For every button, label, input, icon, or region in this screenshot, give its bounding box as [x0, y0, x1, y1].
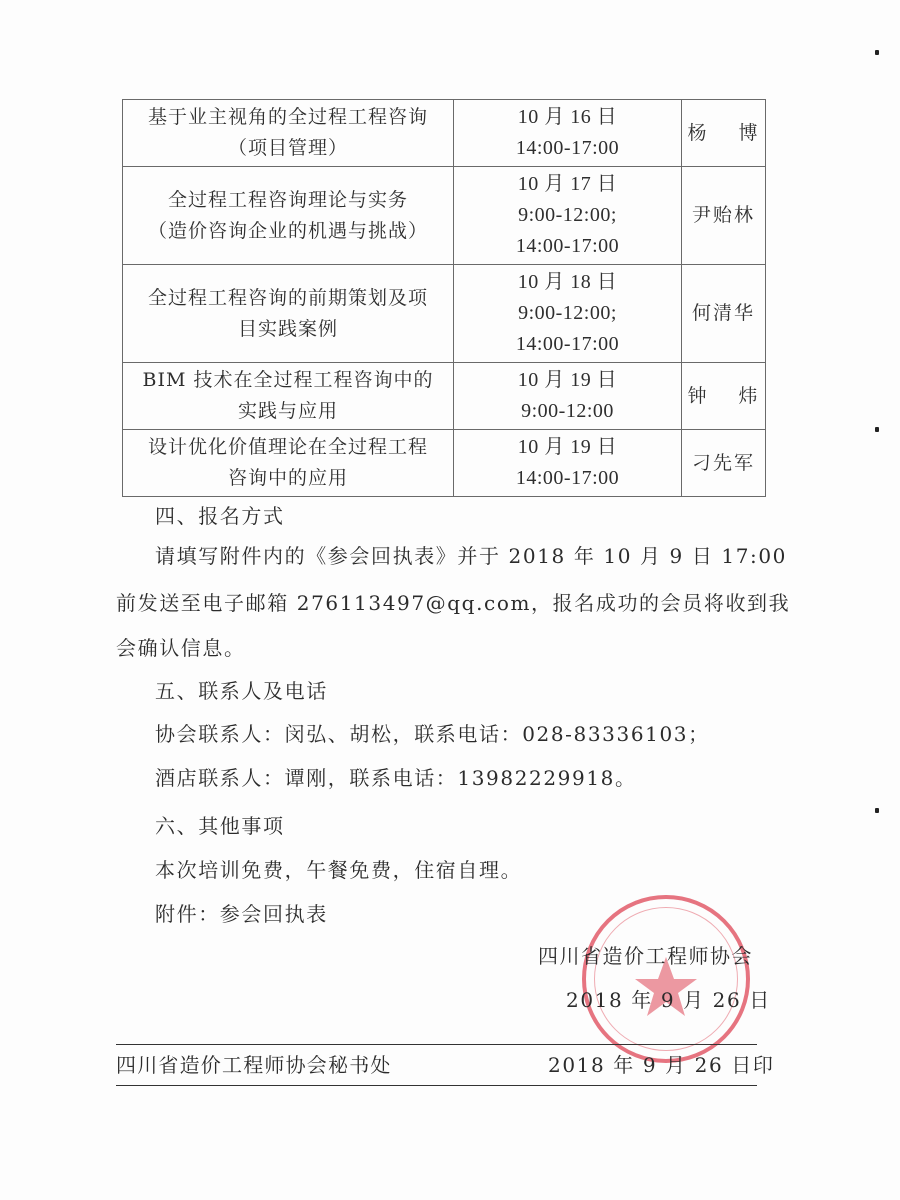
speaker-cell: 刁先军	[682, 430, 766, 497]
topic-line: 全过程工程咨询理论与实务	[127, 185, 449, 216]
time-line: 14:00-17:00	[458, 329, 677, 360]
date-line: 10 月 19 日	[458, 365, 677, 396]
speaker-cell: 杨 博	[682, 100, 766, 167]
time-line: 14:00-17:00	[458, 133, 677, 164]
footer-print-date: 2018 年 9 月 26 日印	[548, 1051, 774, 1079]
course-schedule-table: 基于业主视角的全过程工程咨询 （项目管理） 10 月 16 日 14:00-17…	[122, 99, 766, 497]
table-row: 设计优化价值理论在全过程工程 咨询中的应用 10 月 19 日 14:00-17…	[123, 430, 766, 497]
time-line: 9:00-12:00	[458, 396, 677, 427]
signature-organization: 四川省造价工程师协会	[538, 942, 753, 970]
time-line: 9:00-12:00;	[458, 298, 677, 329]
topic-cell: 全过程工程咨询的前期策划及项 目实践案例	[123, 265, 454, 363]
topic-line: 设计优化价值理论在全过程工程	[127, 432, 449, 463]
table-row: 全过程工程咨询的前期策划及项 目实践案例 10 月 18 日 9:00-12:0…	[123, 265, 766, 363]
topic-line: 全过程工程咨询的前期策划及项	[127, 283, 449, 314]
speaker-cell: 尹贻林	[682, 167, 766, 265]
footer-bottom-rule	[116, 1085, 757, 1086]
footer-top-rule	[116, 1044, 757, 1045]
section-heading-contacts: 五、联系人及电话	[155, 677, 328, 705]
topic-line: （项目管理）	[127, 133, 449, 164]
time-line: 14:00-17:00	[458, 231, 677, 262]
topic-line: （造价咨询企业的机遇与挑战）	[127, 216, 449, 247]
topic-cell: 基于业主视角的全过程工程咨询 （项目管理）	[123, 100, 454, 167]
section-heading-registration: 四、报名方式	[155, 502, 285, 530]
table-row: BIM 技术在全过程工程咨询中的 实践与应用 10 月 19 日 9:00-12…	[123, 363, 766, 430]
topic-cell: 全过程工程咨询理论与实务 （造价咨询企业的机遇与挑战）	[123, 167, 454, 265]
registration-line-1: 请填写附件内的《参会回执表》并于 2018 年 10 月 9 日 17:00	[155, 542, 787, 570]
signature-date: 2018 年 9 月 26 日	[566, 986, 771, 1014]
time-cell: 10 月 18 日 9:00-12:00; 14:00-17:00	[454, 265, 682, 363]
official-seal	[582, 895, 750, 1063]
date-line: 10 月 16 日	[458, 102, 677, 133]
date-line: 10 月 17 日	[458, 169, 677, 200]
topic-cell: 设计优化价值理论在全过程工程 咨询中的应用	[123, 430, 454, 497]
time-line: 9:00-12:00;	[458, 200, 677, 231]
attachment-note: 附件：参会回执表	[155, 900, 328, 928]
topic-line: 基于业主视角的全过程工程咨询	[127, 102, 449, 133]
date-line: 10 月 18 日	[458, 267, 677, 298]
time-line: 14:00-17:00	[458, 463, 677, 494]
topic-line: 咨询中的应用	[127, 463, 449, 494]
topic-line: 目实践案例	[127, 314, 449, 345]
section-heading-other: 六、其他事项	[155, 812, 285, 840]
table-row: 基于业主视角的全过程工程咨询 （项目管理） 10 月 16 日 14:00-17…	[123, 100, 766, 167]
date-line: 10 月 19 日	[458, 432, 677, 463]
association-contact: 协会联系人：闵弘、胡松，联系电话：028-83336103；	[155, 720, 710, 748]
time-cell: 10 月 19 日 14:00-17:00	[454, 430, 682, 497]
registration-line-2: 前发送至电子邮箱 276113497@qq.com，报名成功的会员将收到我	[116, 589, 790, 617]
other-note: 本次培训免费，午餐免费，住宿自理。	[155, 856, 522, 884]
scan-speck	[875, 50, 879, 55]
topic-cell: BIM 技术在全过程工程咨询中的 实践与应用	[123, 363, 454, 430]
topic-line: 实践与应用	[127, 396, 449, 427]
seal-star-icon	[586, 899, 754, 1067]
table-row: 全过程工程咨询理论与实务 （造价咨询企业的机遇与挑战） 10 月 17 日 9:…	[123, 167, 766, 265]
time-cell: 10 月 16 日 14:00-17:00	[454, 100, 682, 167]
speaker-cell: 钟 炜	[682, 363, 766, 430]
hotel-contact: 酒店联系人：谭刚，联系电话：13982229918。	[155, 764, 637, 792]
footer-issuer: 四川省造价工程师协会秘书处	[116, 1051, 392, 1079]
scan-speck	[875, 427, 879, 432]
time-cell: 10 月 19 日 9:00-12:00	[454, 363, 682, 430]
time-cell: 10 月 17 日 9:00-12:00; 14:00-17:00	[454, 167, 682, 265]
speaker-cell: 何清华	[682, 265, 766, 363]
topic-line: BIM 技术在全过程工程咨询中的	[127, 365, 449, 396]
scan-speck	[875, 808, 879, 813]
document-page: 基于业主视角的全过程工程咨询 （项目管理） 10 月 16 日 14:00-17…	[0, 0, 900, 1200]
registration-line-3: 会确认信息。	[116, 634, 246, 662]
